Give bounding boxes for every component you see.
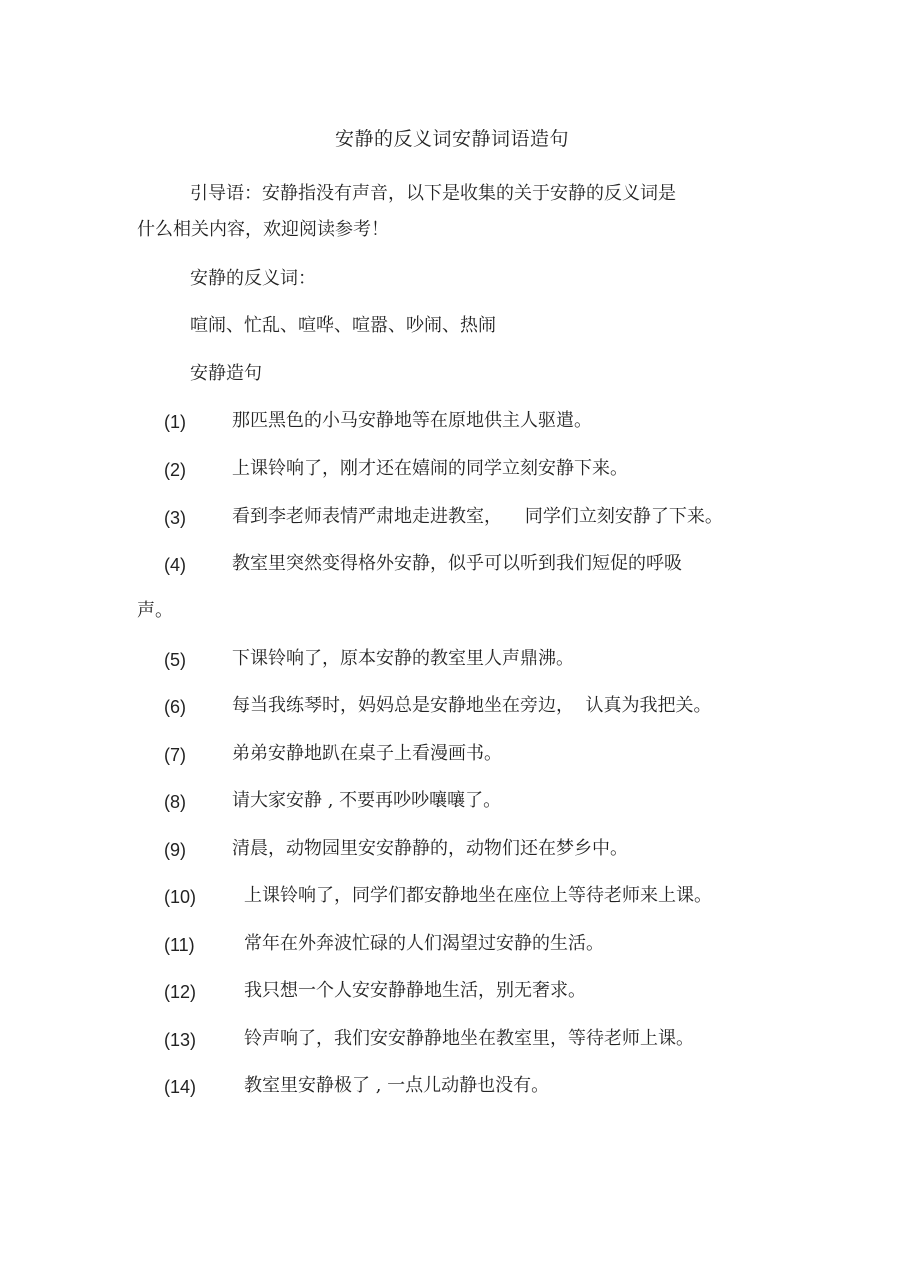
- document-page: 安静的反义词安静词语造句 引导语：安静指没有声音，以下是收集的关于安静的反义词是…: [0, 0, 904, 1280]
- sentence-number: (14): [164, 1075, 196, 1099]
- sentence-number: (7): [164, 743, 186, 767]
- intro-line-1: 引导语：安静指没有声音，以下是收集的关于安静的反义词是: [190, 182, 676, 206]
- intro-line-2: 什么相关内容，欢迎阅读参考！: [137, 218, 389, 242]
- sentence-text: 每当我练琴时，妈妈总是安静地坐在旁边， 认真为我把关。: [232, 694, 711, 718]
- sentence-text: 清晨，动物园里安安静静的，动物们还在梦乡中。: [232, 837, 628, 861]
- sentence-text: 上课铃响了，同学们都安静地坐在座位上等待老师来上课。: [244, 884, 712, 908]
- sentence-number: (2): [164, 458, 186, 482]
- sentence-text: 我只想一个人安安静静地生活，别无奢求。: [244, 979, 586, 1003]
- sentence-number: (13): [164, 1028, 196, 1052]
- sentence-text: 请大家安静 , 不要再吵吵嚷嚷了。: [232, 789, 501, 813]
- sentence-text: 上课铃响了，刚才还在嬉闹的同学立刻安静下来。: [232, 457, 628, 481]
- sentence-continuation: 声。: [137, 599, 173, 623]
- sentence-text: 常年在外奔波忙碌的人们渴望过安静的生活。: [244, 932, 604, 956]
- sentence-number: (11): [164, 933, 195, 957]
- antonyms-heading: 安静的反义词：: [190, 267, 316, 291]
- sentences-heading: 安静造句: [190, 362, 262, 386]
- sentence-number: (4): [164, 553, 186, 577]
- sentence-number: (6): [164, 695, 186, 719]
- sentence-number: (8): [164, 790, 186, 814]
- sentence-text: 看到李老师表情严肃地走进教室， 同学们立刻安静了下来。: [232, 505, 723, 529]
- sentence-number: (1): [164, 410, 186, 434]
- sentence-number: (10): [164, 885, 196, 909]
- sentence-number: (3): [164, 506, 186, 530]
- sentence-text: 教室里突然变得格外安静，似乎可以听到我们短促的呼吸: [232, 552, 682, 576]
- sentence-number: (9): [164, 838, 186, 862]
- sentence-text: 教室里安静极了 , 一点儿动静也没有。: [244, 1074, 549, 1098]
- sentence-text: 那匹黑色的小马安静地等在原地供主人驱遣。: [232, 409, 592, 433]
- sentence-number: (12): [164, 980, 196, 1004]
- sentence-text: 下课铃响了，原本安静的教室里人声鼎沸。: [232, 647, 574, 671]
- antonyms-list: 喧闹、忙乱、喧哗、喧嚣、吵闹、热闹: [190, 314, 496, 338]
- sentence-text: 弟弟安静地趴在桌子上看漫画书。: [232, 742, 502, 766]
- document-title: 安静的反义词安静词语造句: [0, 124, 904, 151]
- sentence-number: (5): [164, 648, 186, 672]
- sentence-text: 铃声响了，我们安安静静地坐在教室里，等待老师上课。: [244, 1027, 694, 1051]
